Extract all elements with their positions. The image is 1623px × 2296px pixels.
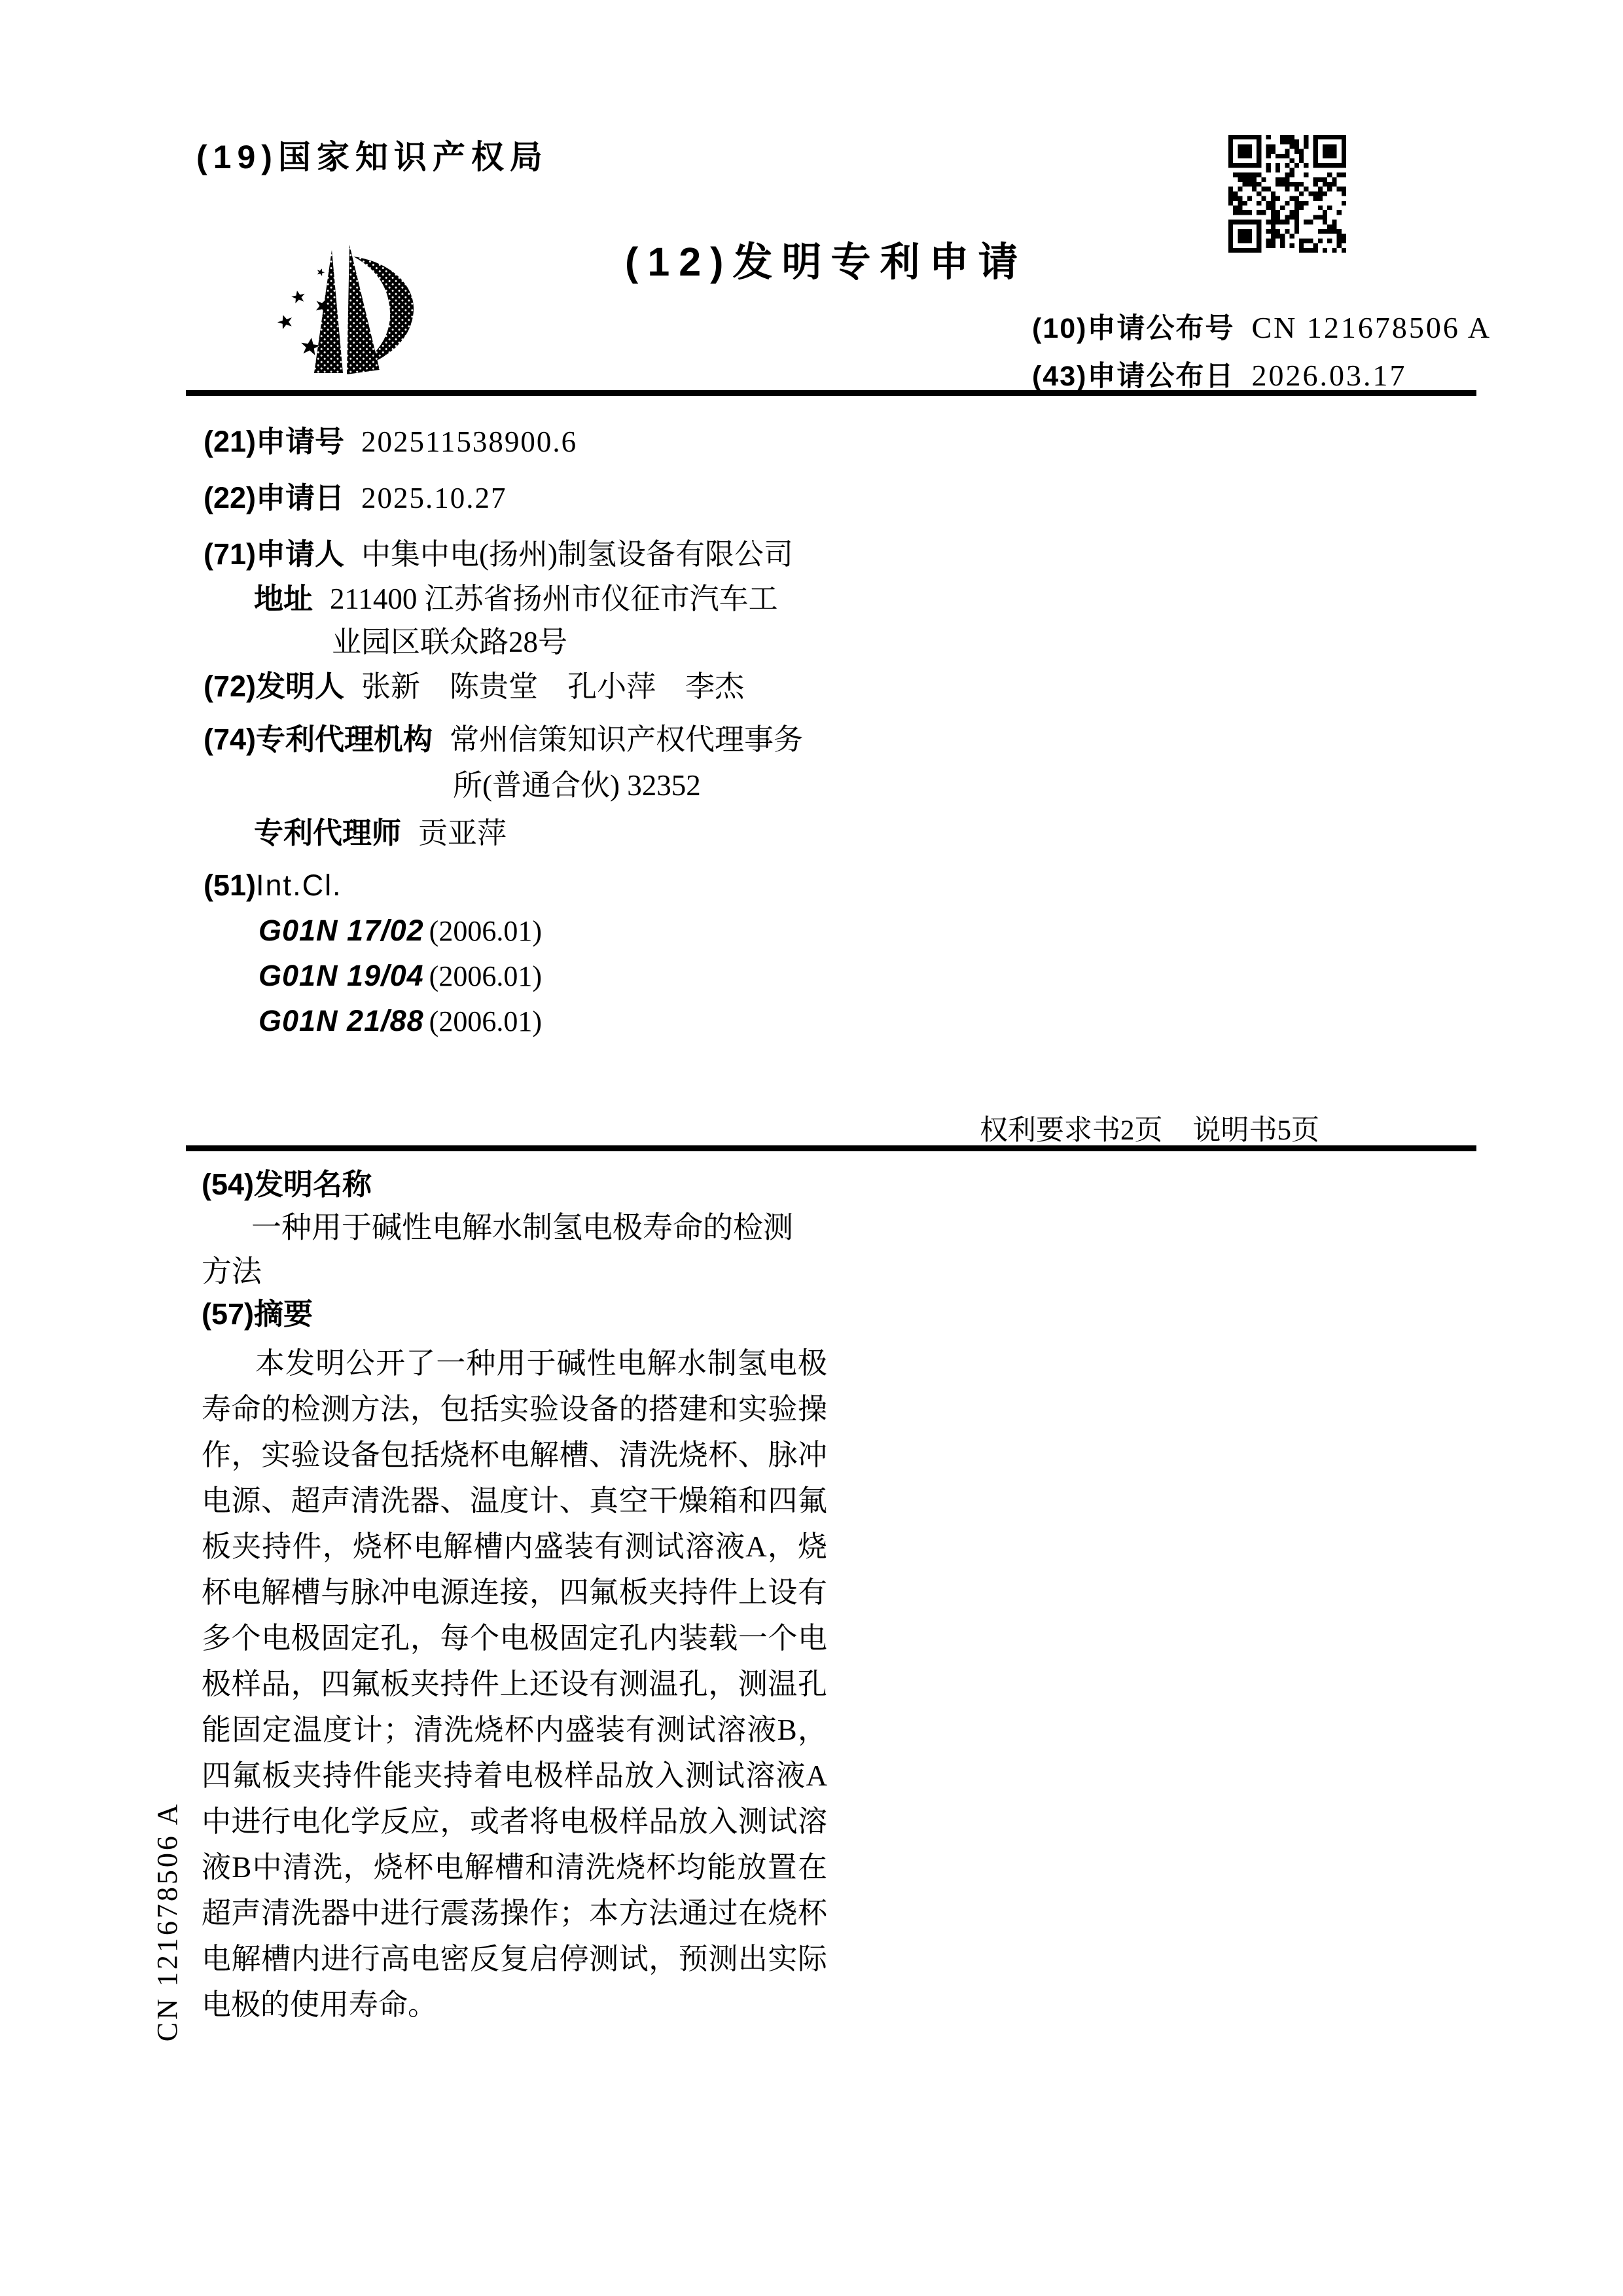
section-divider-rule [186, 1145, 1476, 1151]
application-number-label: (21)申请号 [204, 419, 344, 465]
ipc-classification-row: G01N 19/04 (2006.01) [204, 954, 835, 999]
agency-name-line-2: 所(普通合伙) 32352 [204, 762, 835, 808]
applicant-row: (71)申请人 中集中电(扬州)制氢设备有限公司 [204, 531, 835, 577]
agency-row: (74)专利代理机构 常州信策知识产权代理事务 [204, 717, 835, 762]
agent-name: 贡亚萍 [418, 810, 835, 856]
invention-title-line-2: 方法 [202, 1249, 827, 1293]
ipc-classification-row: G01N 21/88 (2006.01) [204, 999, 835, 1044]
int-cl-row: (51)Int.Cl. [204, 863, 835, 908]
cnipa-logo [270, 242, 423, 381]
abstract-label: (57)摘要 [202, 1293, 827, 1335]
applicant-name: 中集中电(扬州)制氢设备有限公司 [361, 531, 835, 577]
ipc-version: (2006.01) [429, 909, 542, 954]
inventor-name: 陈贵堂 [450, 670, 538, 703]
header-divider-rule [186, 390, 1476, 396]
inventors-row: (72)发明人 张新陈贵堂孔小萍李杰 [204, 664, 835, 709]
address-line-2: 业园区联众路28号 [204, 620, 835, 664]
office-name: (19)国家知识产权局 [196, 131, 548, 178]
qr-code [1228, 135, 1346, 253]
publication-number-label: (10)申请公布号 [1032, 306, 1234, 346]
ipc-code: G01N 19/04 [259, 954, 424, 998]
application-date-label: (22)申请日 [204, 475, 344, 521]
ipc-version: (2006.01) [429, 999, 542, 1044]
publication-number-value: CN 121678506 A [1251, 310, 1491, 345]
int-cl-prefix: (51) [204, 869, 256, 902]
publication-date-label: (43)申请公布日 [1032, 354, 1234, 394]
publication-number-line: (10)申请公布号 CN 121678506 A [1032, 306, 1491, 346]
vertical-publication-number: CN 121678506 A [151, 1791, 185, 2053]
ipc-code: G01N 21/88 [259, 999, 424, 1043]
applicant-label: (71)申请人 [204, 531, 344, 577]
abstract-text: 本发明公开了一种用于碱性电解水制氢电极寿命的检测方法，包括实验设备的搭建和实验操… [202, 1340, 827, 2028]
address-line-1: 211400 江苏省扬州市仪征市汽车工 [330, 577, 835, 620]
patent-front-page: (19)国家知识产权局 (12)发明专利申请 (10)申请公布号 CN 1216… [0, 0, 1623, 2296]
claims-pages: 权利要求书2页 [980, 1115, 1163, 1146]
ipc-code: G01N 17/02 [259, 908, 424, 953]
agency-name-line-1: 常州信策知识产权代理事务 [450, 717, 835, 762]
invention-title-line-1: 一种用于碱性电解水制氢电极寿命的检测 [202, 1206, 827, 1249]
agent-label: 专利代理师 [254, 810, 401, 856]
inventor-name: 孔小萍 [567, 670, 656, 703]
ipc-version: (2006.01) [429, 954, 542, 999]
applicant-address-row: 地址 211400 江苏省扬州市仪征市汽车工 [204, 577, 835, 620]
application-date-row: (22)申请日 2025.10.27 [204, 475, 835, 521]
inventor-name: 李杰 [685, 670, 744, 703]
inventor-names: 张新陈贵堂孔小萍李杰 [361, 664, 835, 709]
int-cl-label: (51)Int.Cl. [204, 863, 342, 908]
description-pages: 说明书5页 [1193, 1115, 1320, 1146]
invention-title-label: (54)发明名称 [202, 1164, 827, 1206]
agency-label: (74)专利代理机构 [204, 717, 433, 762]
int-cl-name: Int.Cl. [256, 869, 342, 902]
inventor-name: 张新 [361, 670, 420, 703]
publication-date-line: (43)申请公布日 2026.03.17 [1032, 354, 1406, 394]
publication-date-value: 2026.03.17 [1251, 358, 1406, 393]
application-number-row: (21)申请号 202511538900.6 [204, 419, 835, 465]
ipc-classification-row: G01N 17/02 (2006.01) [204, 908, 835, 954]
document-pages-info: 权利要求书2页说明书5页 [980, 1108, 1319, 1148]
application-date-value: 2025.10.27 [361, 475, 835, 521]
bibliographic-data: (21)申请号 202511538900.6 (22)申请日 2025.10.2… [204, 419, 835, 1044]
agent-row: 专利代理师 贡亚萍 [204, 810, 835, 856]
title-abstract-section: (54)发明名称 一种用于碱性电解水制氢电极寿命的检测 方法 (57)摘要 本发… [202, 1164, 827, 2028]
application-number-value: 202511538900.6 [361, 419, 835, 465]
document-type-title: (12)发明专利申请 [625, 230, 1027, 287]
inventors-label: (72)发明人 [204, 664, 344, 709]
address-label: 地址 [254, 577, 313, 620]
